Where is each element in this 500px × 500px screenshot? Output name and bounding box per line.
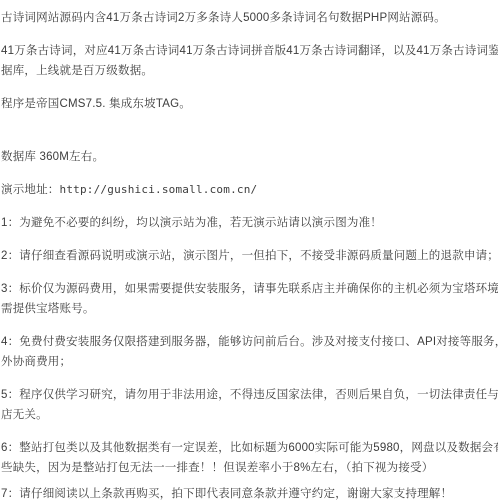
term-4-paragraph: 4：免费付费安装服务仅限搭建到服务器，能够访问前后台。涉及对接支付接口、API对…	[1, 332, 498, 372]
term-6-paragraph: 6：整站打包类以及其他数据类有一定误差，比如标题为6000实际可能为5980，网…	[1, 438, 498, 478]
text-line: 据库，上线就是百万级数据。	[1, 61, 498, 81]
text-line: 3：标价仅为源码费用，如果需要提供安装服务，请事先联系店主并确保你的主机必须为宝…	[1, 279, 498, 299]
data-scale-paragraph: 41万条古诗词，对应41万条古诗词41万条古诗词拼音版41万条古诗词翻译，以及4…	[1, 41, 498, 81]
text-line: 数据库 360M左右。	[1, 147, 498, 167]
demo-address-paragraph: 演示地址：http://gushici.somall.com.cn/	[1, 180, 498, 200]
text-line: 程序是帝国CMS7.5. 集成东坡TAG。	[1, 94, 498, 114]
intro-paragraph: 古诗词网站源码内含41万条古诗词2万多条诗人5000多条诗词名句数据PHP网站源…	[1, 8, 498, 28]
text-line: 5：程序仅供学习研究，请勿用于非法用途，不得违反国家法律，否则后果自负，一切法律…	[1, 385, 498, 405]
text-line: 1：为避免不必要的纠纷，均以演示站为准，若无演示站请以演示图为准！	[1, 213, 498, 233]
text-line: 2：请仔细查看源码说明或演示站，演示图片，一但拍下，不接受非源码质量问题上的退款…	[1, 246, 498, 266]
text-line: 需提供宝塔账号。	[1, 299, 498, 319]
text-line: 4：免费付费安装服务仅限搭建到服务器，能够访问前后台。涉及对接支付接口、API对…	[1, 332, 498, 352]
term-7-paragraph: 7：请仔细阅读以上条款再购买，拍下即代表同意条款并遵守约定，谢谢大家支持理解！	[1, 484, 498, 500]
term-1-paragraph: 1：为避免不必要的纠纷，均以演示站为准，若无演示站请以演示图为准！	[1, 213, 498, 233]
text-line: 店无关。	[1, 405, 498, 425]
demo-address-label: 演示地址：	[1, 184, 60, 196]
text-line: 6：整站打包类以及其他数据类有一定误差，比如标题为6000实际可能为5980，网…	[1, 438, 498, 458]
product-description-page: 古诗词网站源码内含41万条古诗词2万多条诗人5000多条诗词名句数据PHP网站源…	[0, 0, 500, 500]
term-5-paragraph: 5：程序仅供学习研究，请勿用于非法用途，不得违反国家法律，否则后果自负，一切法律…	[1, 385, 498, 425]
text-line: 古诗词网站源码内含41万条古诗词2万多条诗人5000多条诗词名句数据PHP网站源…	[1, 8, 498, 28]
text-line: 外协商费用；	[1, 352, 498, 372]
cms-info-paragraph: 程序是帝国CMS7.5. 集成东坡TAG。	[1, 94, 498, 114]
text-line: 7：请仔细阅读以上条款再购买，拍下即代表同意条款并遵守约定，谢谢大家支持理解！	[1, 484, 498, 500]
database-size-paragraph: 数据库 360M左右。	[1, 147, 498, 167]
text-line: 41万条古诗词，对应41万条古诗词41万条古诗词拼音版41万条古诗词翻译，以及4…	[1, 41, 498, 61]
term-3-paragraph: 3：标价仅为源码费用，如果需要提供安装服务，请事先联系店主并确保你的主机必须为宝…	[1, 279, 498, 319]
text-line: 演示地址：http://gushici.somall.com.cn/	[1, 180, 498, 200]
text-line: 些缺失，因为是整站打包无法一一排查！！但误差率小于8%左右，（拍下视为接受）	[1, 458, 498, 478]
demo-url: http://gushici.somall.com.cn/	[60, 183, 258, 196]
term-2-paragraph: 2：请仔细查看源码说明或演示站，演示图片，一但拍下，不接受非源码质量问题上的退款…	[1, 246, 498, 266]
